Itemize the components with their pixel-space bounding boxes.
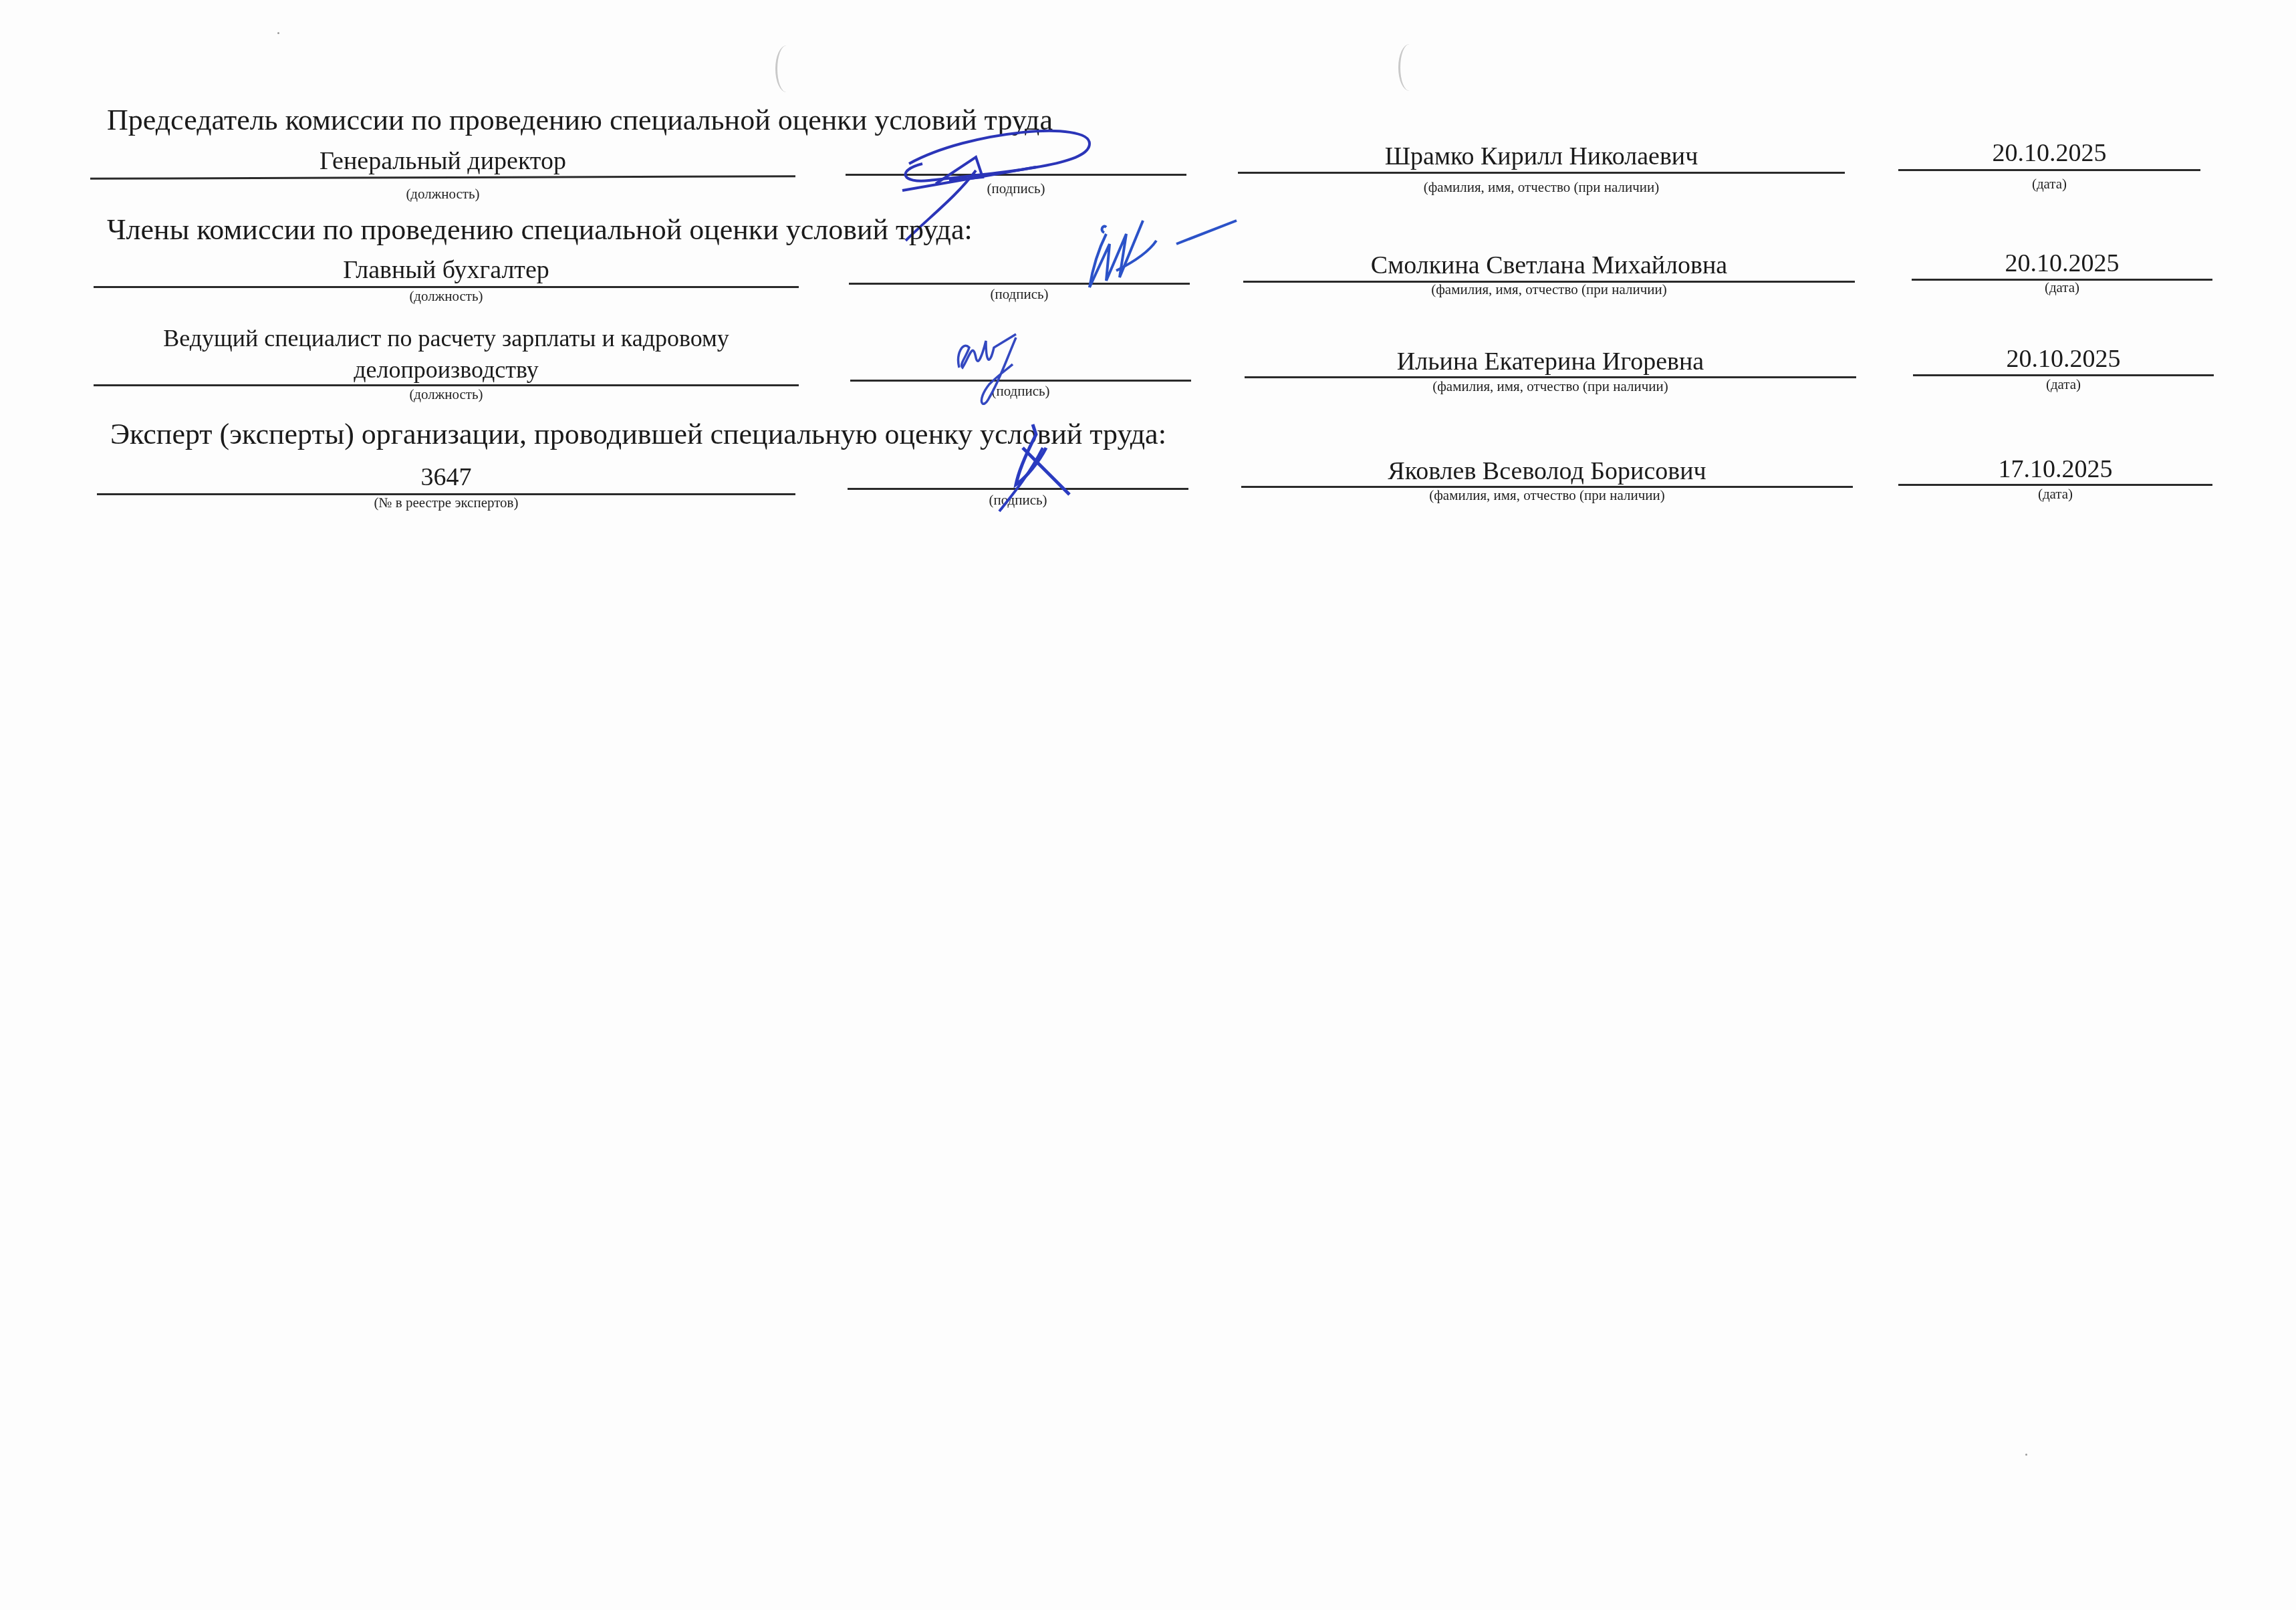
member-name-caption: (фамилия, имя, отчество (при наличии) xyxy=(1245,380,1856,394)
hole-punch-mark-right xyxy=(1398,44,1420,91)
member-signature-icon xyxy=(1076,214,1243,294)
expert-signature-icon xyxy=(983,421,1090,515)
chairman-date-line xyxy=(1898,169,2200,171)
member-signature-icon xyxy=(952,327,1033,414)
expert-date-caption: (дата) xyxy=(1898,487,2212,501)
hole-punch-mark-left xyxy=(775,45,797,92)
expert-registry-caption: (№ в реестре экспертов) xyxy=(97,496,795,510)
member-date: 20.10.2025 xyxy=(1913,346,2214,372)
expert-name-caption: (фамилия, имя, отчество (при наличии) xyxy=(1241,489,1853,503)
member-name: Ильина Екатерина Игоревна xyxy=(1245,349,1856,374)
chairman-date: 20.10.2025 xyxy=(1898,140,2200,166)
member-position-line2: делопроизводству xyxy=(94,358,799,382)
member-name: Смолкина Светлана Михайловна xyxy=(1243,253,1855,278)
chairman-name-caption: (фамилия, имя, отчество (при наличии) xyxy=(1238,180,1845,194)
members-heading: Члены комиссии по проведению специальной… xyxy=(107,215,973,245)
chairman-name-line xyxy=(1238,172,1845,174)
expert-date: 17.10.2025 xyxy=(1898,456,2212,482)
member-name-caption: (фамилия, имя, отчество (при наличии) xyxy=(1243,283,1855,297)
chairman-position-line xyxy=(90,175,795,180)
member-position-caption: (должность) xyxy=(94,289,799,303)
member-date-caption: (дата) xyxy=(1912,281,2212,295)
scan-speck xyxy=(2025,1454,2027,1456)
member-position: Главный бухгалтер xyxy=(94,257,799,283)
chairman-position-caption: (должность) xyxy=(90,187,795,201)
expert-name: Яковлев Всеволод Борисович xyxy=(1241,458,1853,484)
chairman-date-caption: (дата) xyxy=(1898,177,2200,191)
chairman-name: Шрамко Кирилл Николаевич xyxy=(1238,144,1845,169)
member-date-caption: (дата) xyxy=(1913,378,2214,392)
expert-registry-number: 3647 xyxy=(97,464,795,490)
member-position-line1: Ведущий специалист по расчету зарплаты и… xyxy=(94,326,799,350)
member-position-caption: (должность) xyxy=(94,388,799,402)
chairman-position: Генеральный директор xyxy=(90,148,795,174)
scan-speck xyxy=(277,32,279,34)
member-date: 20.10.2025 xyxy=(1912,251,2212,276)
